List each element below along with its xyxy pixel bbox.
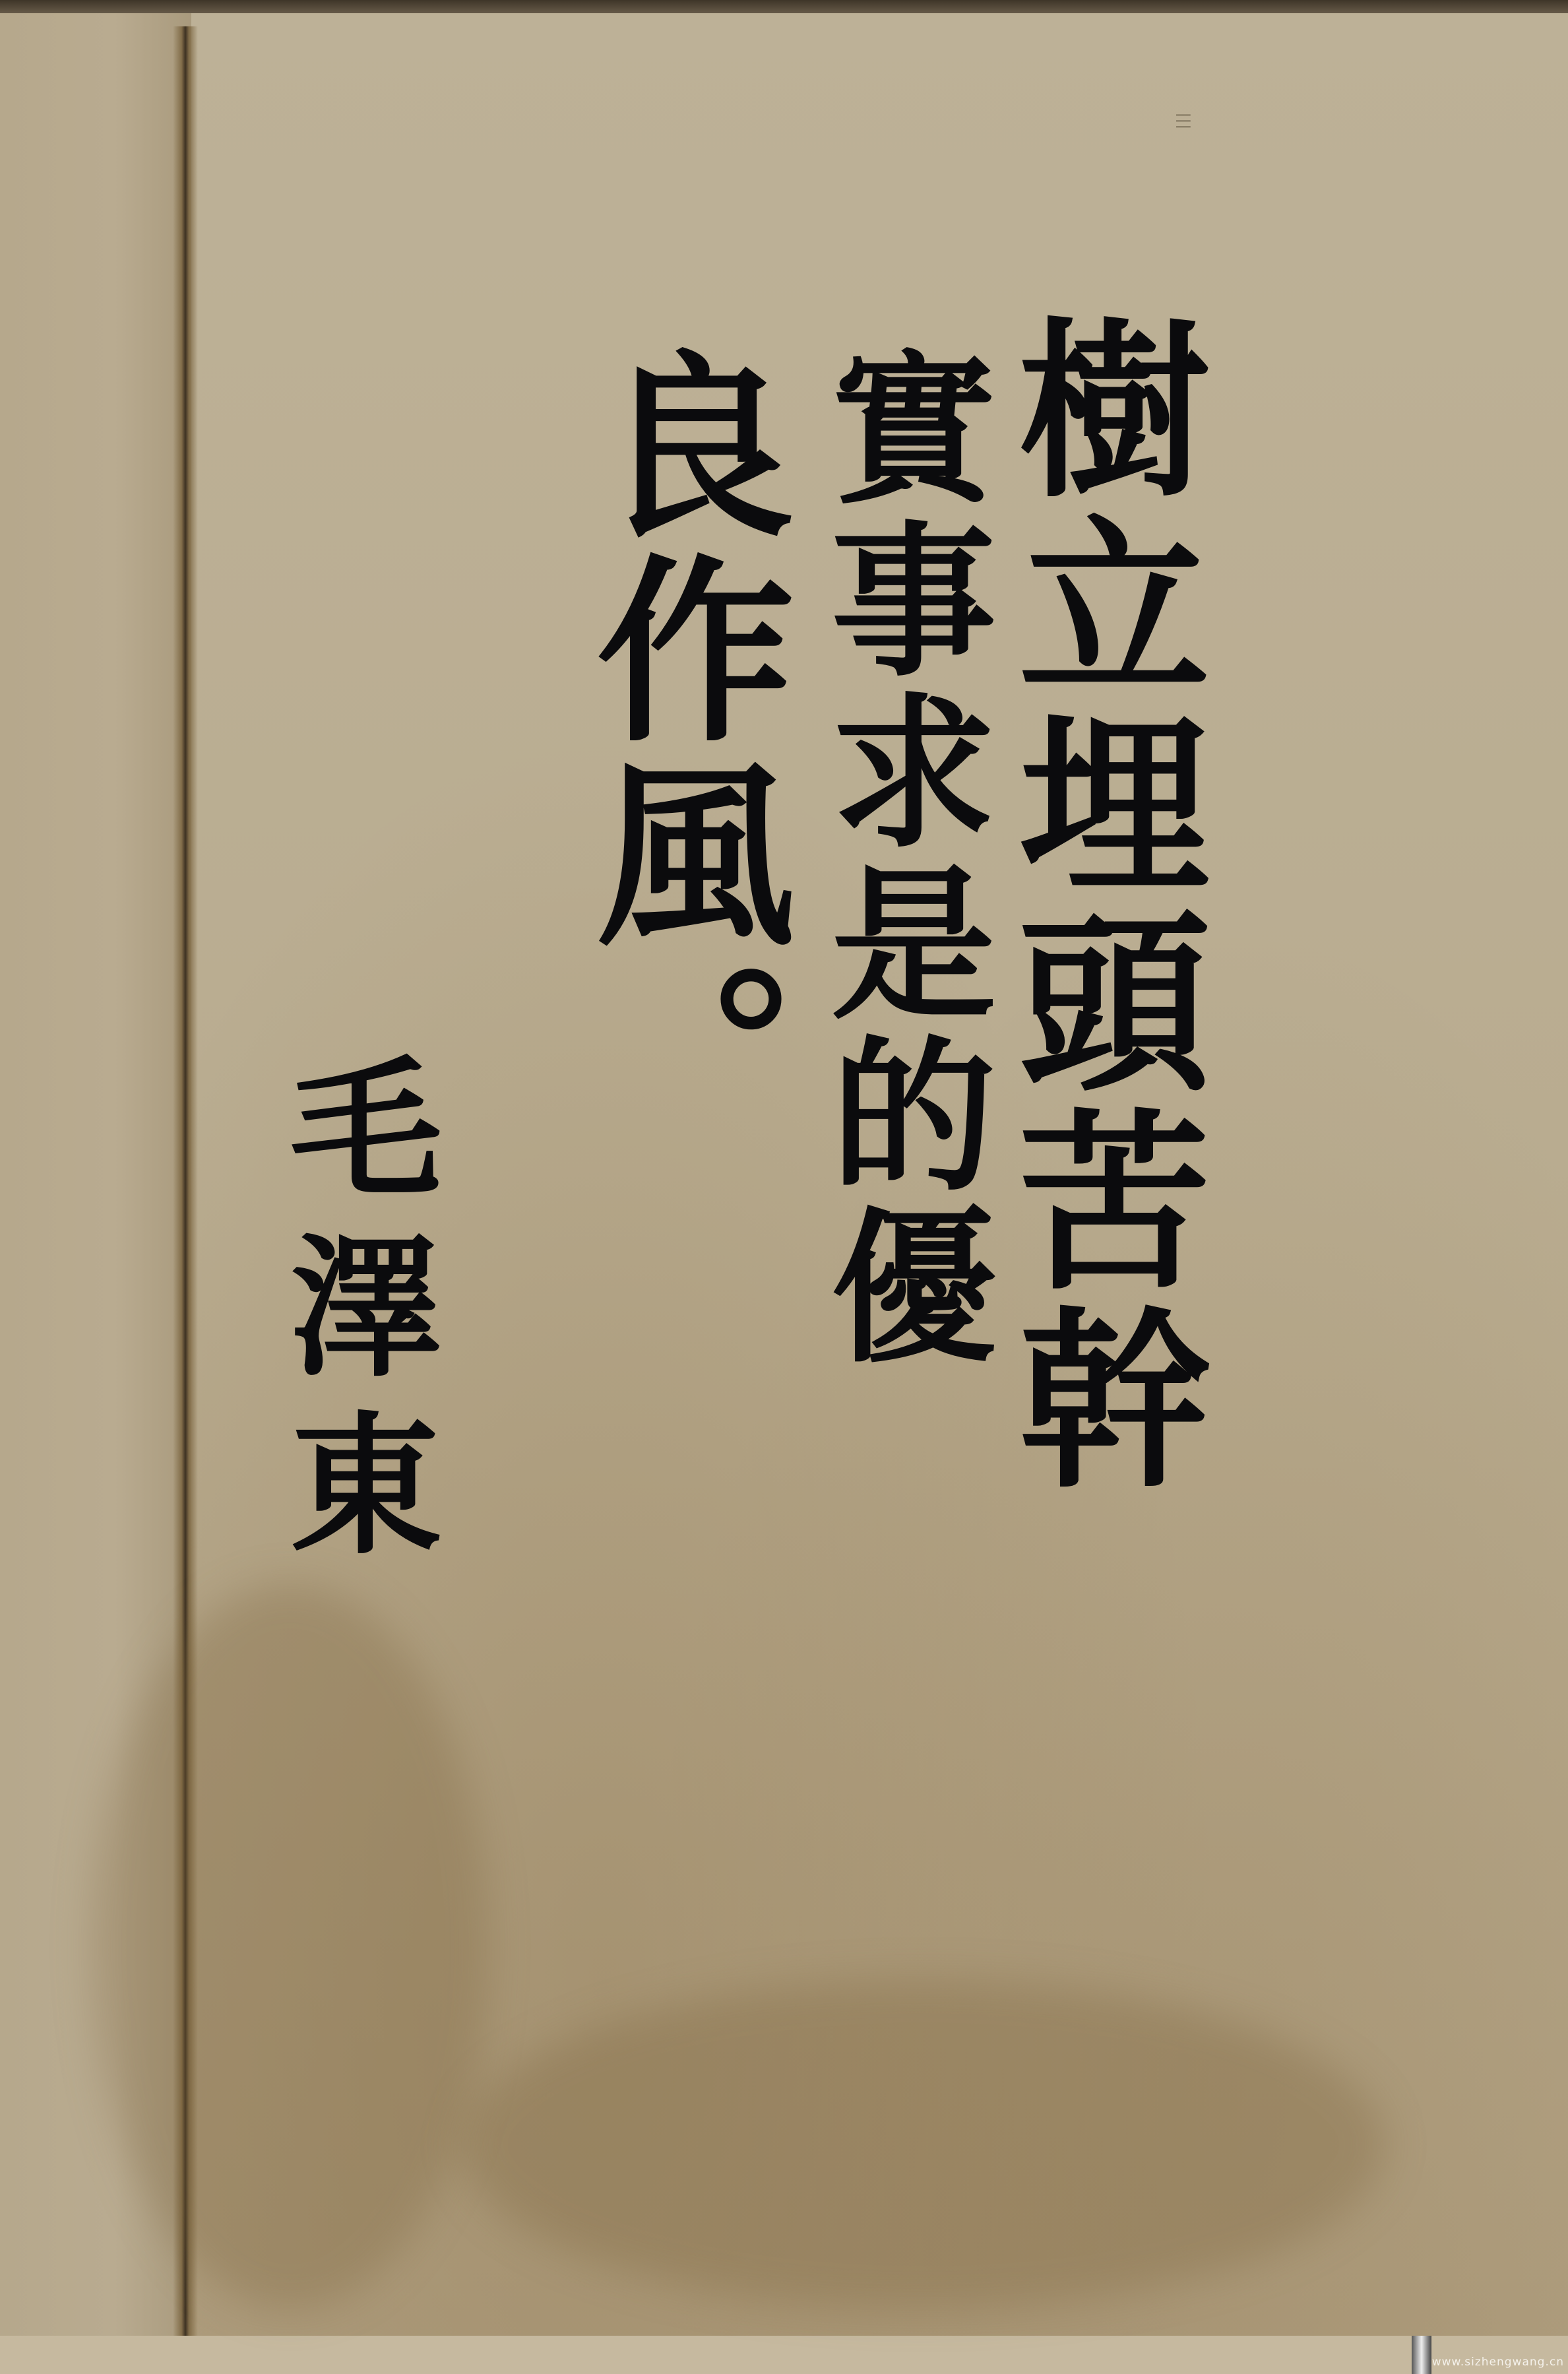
bottom-paper-edge xyxy=(0,2336,1568,2374)
signature: 毛澤東 xyxy=(277,1049,429,1584)
inscription-column-3: 良作風。 xyxy=(580,343,778,1161)
water-stain xyxy=(92,1584,488,2309)
faint-stamp-mark: ǀǀǀ xyxy=(1168,112,1194,185)
inscription-column-1: 樹立埋頭苦幹 xyxy=(1003,310,1194,1498)
inscription-column-2: 實事求是的優 xyxy=(818,343,983,1372)
watermark: www.sizhengwang.cn xyxy=(1432,2356,1564,2369)
water-stain xyxy=(462,1979,1385,2309)
page-clip xyxy=(1412,2336,1431,2374)
